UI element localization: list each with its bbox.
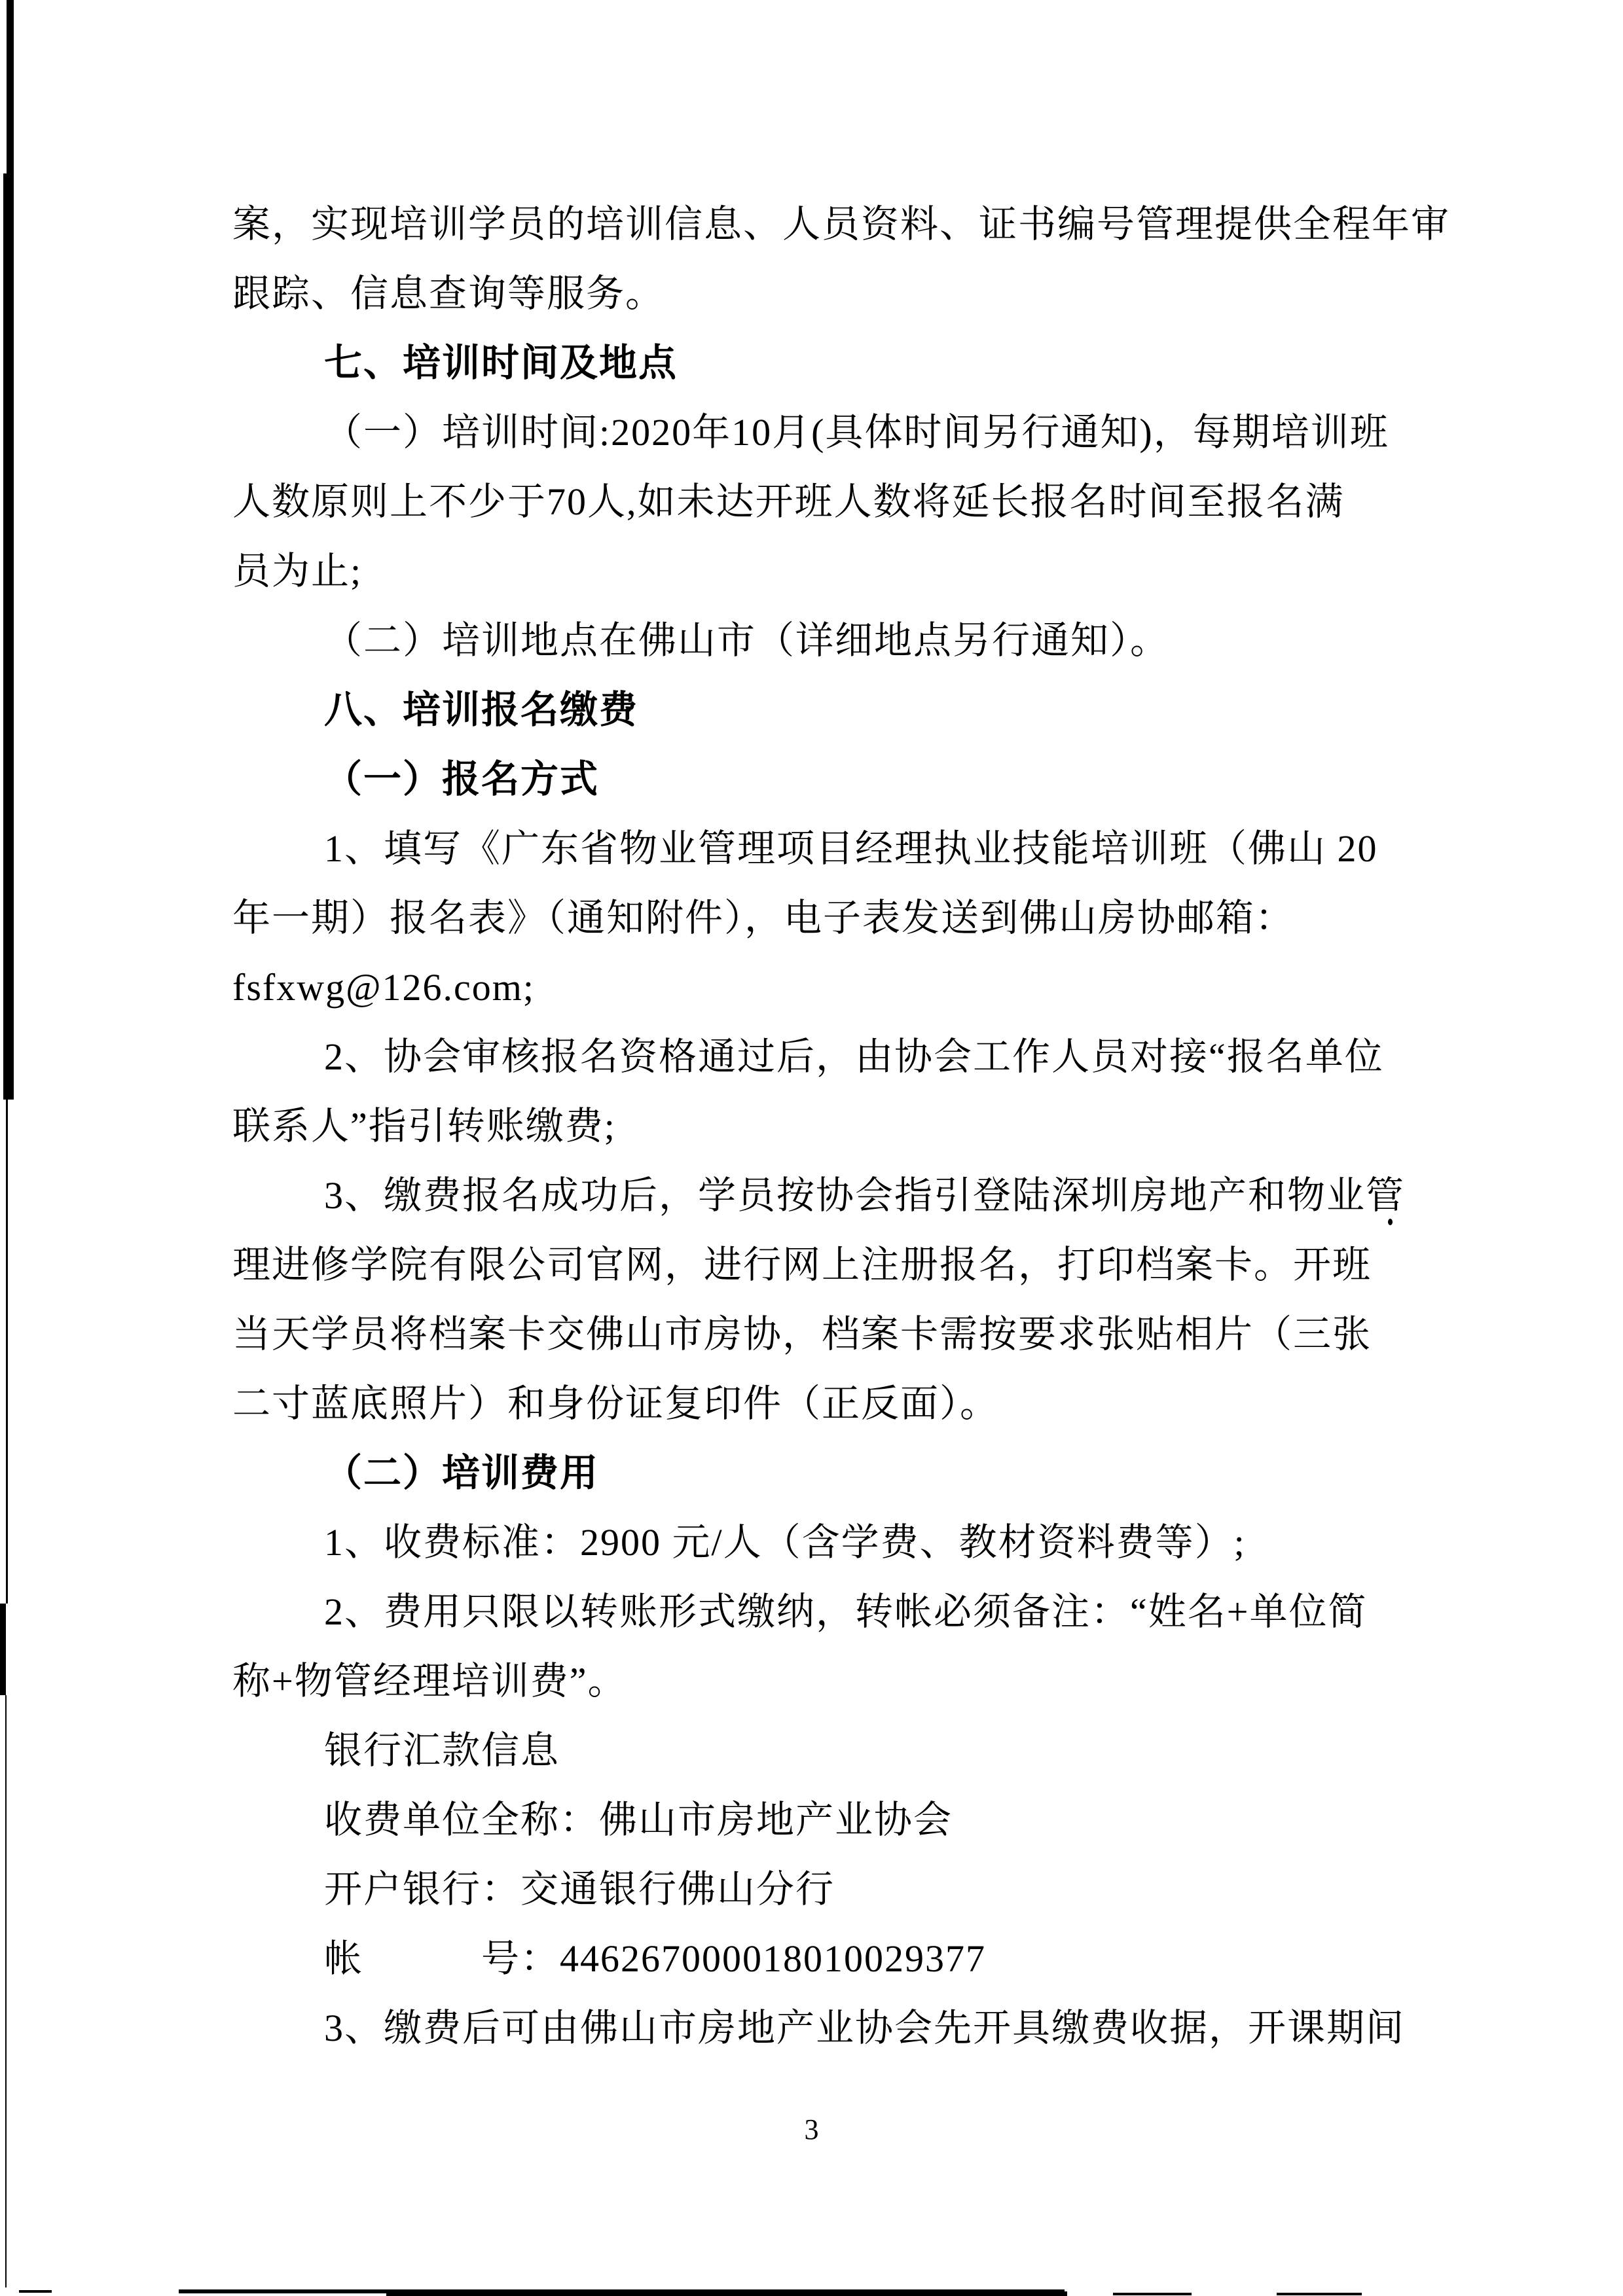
scan-artifact-left-bar-3 (6, 1100, 8, 1604)
body-line-time-2: 人数原则上不少于70人,如未达开班人数将延长报名时间至报名满 (232, 480, 1440, 524)
bank-account-number: 帐 号：446267000018010029377 (232, 1937, 1532, 1981)
email-address: fsfxwg@126.com; (232, 966, 1440, 1010)
body-line-register-2a: 2、协会审核报名资格通过后，由协会工作人员对接“报名单位 (232, 1035, 1532, 1079)
heading-section-7: 七、培训时间及地点 (232, 342, 1532, 386)
body-line-register-1b: 年一期）报名表》（通知附件），电子表发送到佛山房协邮箱： (232, 897, 1440, 941)
page-number: 3 (0, 2113, 1623, 2146)
body-line-fee-1: 1、收费标准：2900 元/人（含学费、教材资料费等）; (232, 1521, 1532, 1565)
scan-artifact-left-bar-4 (0, 1604, 6, 1695)
body-line-register-3a: 3、缴费报名成功后，学员按协会指引登陆深圳房地产和物业管 (232, 1174, 1532, 1218)
scan-artifact-left-bar-2 (3, 173, 14, 1100)
bank-payee-name: 收费单位全称：佛山市房地产业协会 (232, 1799, 1532, 1842)
scan-artifact-left-bar-5 (5, 1695, 7, 2287)
body-line-yearly-review-1: 案，实现培训学员的培训信息、人员资料、证书编号管理提供全程年审 (232, 203, 1440, 247)
body-line-receipt: 3、缴费后可由佛山市房地产业协会先开具缴费收据，开课期间 (232, 2007, 1532, 2051)
bank-branch: 开户银行：交通银行佛山分行 (232, 1868, 1532, 1912)
scan-artifact-bottom-band-1 (19, 2290, 52, 2293)
body-line-register-2b: 联系人”指引转账缴费; (232, 1105, 1440, 1149)
scan-artifact-bottom-band-5 (1113, 2293, 1192, 2295)
scan-artifact-left-bar-1 (7, 0, 14, 177)
heading-training-fee: （二）培训费用 (232, 1452, 1532, 1496)
bank-info-title: 银行汇款信息 (232, 1729, 1532, 1773)
scan-artifact-bottom-band-6 (1277, 2293, 1362, 2295)
body-line-register-1a: 1、填写《广东省物业管理项目经理执业技能培训班（佛山 20 (232, 827, 1532, 871)
heading-registration-method: （一）报名方式 (232, 758, 1532, 802)
body-line-register-3d: 二寸蓝底照片）和身份证复印件（正反面）。 (232, 1382, 1440, 1426)
body-line-location: （二）培训地点在佛山市（详细地点另行通知）。 (232, 619, 1532, 663)
body-line-register-3c: 当天学员将档案卡交佛山市房协，档案卡需按要求张贴相片（三张 (232, 1313, 1440, 1357)
scan-artifact-bottom-band-4 (672, 2289, 1065, 2296)
body-line-yearly-review-2: 跟踪、信息查询等服务。 (232, 272, 1440, 316)
body-line-fee-2b: 称+物管经理培训费”。 (232, 1660, 1440, 1704)
scan-artifact-ink-dot (1388, 1219, 1393, 1225)
heading-section-8: 八、培训报名缴费 (232, 689, 1532, 732)
body-line-time-3: 员为止; (232, 550, 1440, 594)
body-line-fee-2a: 2、费用只限以转账形式缴纳，转帐必须备注：“姓名+单位简 (232, 1590, 1532, 1634)
body-line-time-1: （一）培训时间:2020年10月(具体时间另行通知)，每期培训班 (232, 411, 1532, 455)
body-line-register-3b: 理进修学院有限公司官网，进行网上注册报名，打印档案卡。开班 (232, 1244, 1440, 1287)
document-page: 案，实现培训学员的培训信息、人员资料、证书编号管理提供全程年审跟踪、信息查询等服… (0, 0, 1623, 2296)
